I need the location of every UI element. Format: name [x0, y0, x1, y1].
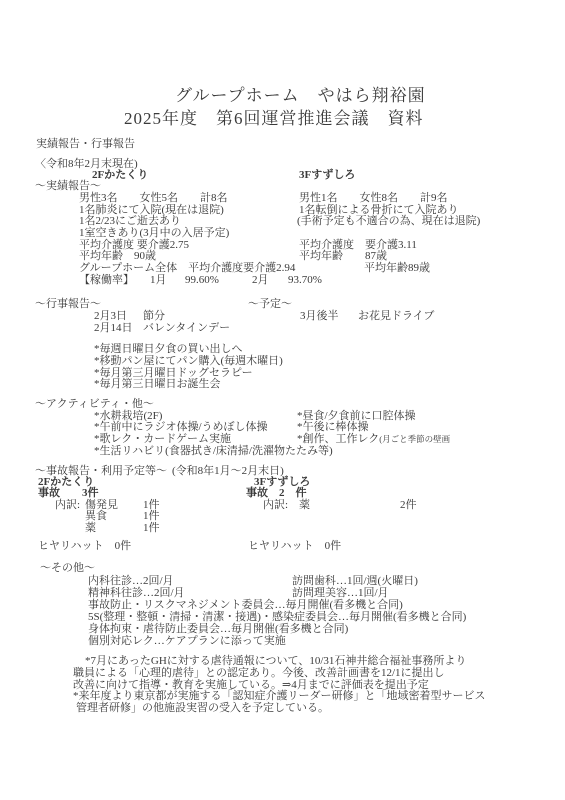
others-heading: 〜その他〜 — [40, 562, 95, 574]
activity-right-main: *創作、工作レク — [297, 433, 379, 445]
others-line: 事故防止・リスクマネジメント委員会…毎月開催(看多機と合同) — [88, 599, 403, 611]
unit-name-right: 3Fすずしろ — [299, 169, 355, 181]
doc-title-line2: 2025年度 第6回運営推進会議 資料 — [124, 109, 424, 128]
results-right-line: 平均年齢 87歳 — [299, 250, 387, 262]
results-right-line: 男性1名 女性8名 計9名 — [299, 192, 448, 204]
activities-heading: 〜アクティビティ・他〜 — [35, 398, 154, 410]
results-left-line: 1名2/23にご逝去あり — [79, 215, 181, 227]
occupancy-rate-1: 99.60% — [185, 274, 219, 286]
activity-right: *午後に棒体操 — [297, 421, 369, 433]
results-heading: 〜実績報告〜 — [35, 180, 101, 192]
breakdown-item-name: 薬 — [85, 522, 96, 534]
event-date: 2月14日 — [94, 322, 133, 334]
occupancy-month-1: 1月 — [150, 274, 167, 286]
activity-left: *午前中にラジオ体操/うめぼし体操 — [94, 421, 268, 433]
others-left: 内科往診…2回/月 — [88, 575, 174, 587]
hiyari-hatto-right: ヒヤリハット 0件 — [248, 540, 341, 552]
breakdown-label-left: 内訳: — [55, 499, 80, 511]
others-right: 訪問理美容…1回/月 — [292, 587, 389, 599]
activity-left: *歌レク・カードゲーム実施 — [94, 433, 231, 445]
others-right: 訪問歯科…1回/週(火曜日) — [292, 575, 418, 587]
bottom-note: *7月にあったGHに対する虐待通報について、10/31石神井総合福祉事務所より — [85, 655, 466, 667]
breakdown-count-right: 2件 — [400, 499, 417, 511]
results-left-line: 男性3名 女性5名 計8名 — [79, 192, 228, 204]
plan-date: 3月後半 — [300, 310, 339, 322]
breakdown-item-count: 1件 — [143, 522, 160, 534]
document-page: グループホーム やはら翔裕園 2025年度 第6回運営推進会議 資料 実績報告・… — [0, 0, 565, 800]
event-note: *毎月第三日曜日お誕生会 — [94, 378, 221, 390]
occupancy-month-2: 2月 — [252, 274, 269, 286]
events-heading: 〜行事報告〜 — [35, 298, 101, 310]
bottom-note: 職員による「心理的虐待」との認定あり。今後、改善計画書を12/1に提出し — [73, 667, 445, 679]
doc-title-line1: グループホーム やはら翔裕園 — [175, 86, 426, 105]
results-left-line: 1室空きあり(3月中の入居予定) — [79, 227, 229, 239]
others-line: 5S(整理・整頓・清掃・清潔・接遇)・感染症委員会…毎月開催(看多機と合同) — [88, 611, 466, 623]
event-name: 節分 — [143, 310, 165, 322]
results-overall-right: 平均年齢89歳 — [364, 262, 430, 274]
breakdown-item-count: 1件 — [143, 510, 160, 522]
occupancy-label: 【稼働率】 — [79, 274, 134, 286]
event-note: *移動パン屋にてパン購入(毎週木曜日) — [94, 355, 283, 367]
plan-name: お花見ドライブ — [358, 310, 434, 322]
results-left-line: 平均年齢 90歳 — [79, 250, 156, 262]
incidents-accident-right: 事故 2 件 — [246, 487, 307, 499]
incidents-accident-left: 事故 3件 — [38, 487, 99, 499]
event-note: *毎週日曜日夕食の買い出しへ — [94, 343, 243, 355]
report-heading: 実績報告・行事報告 — [36, 138, 135, 150]
activity-right: *創作、工作レク(月ごと季節の壁画 — [297, 433, 450, 445]
occupancy-rate-2: 93.70% — [288, 274, 322, 286]
breakdown-item-name: 異食 — [85, 510, 107, 522]
event-name: バレンタインデー — [143, 322, 230, 334]
others-left: 精神科往診…2回/月 — [88, 587, 185, 599]
results-right-line: (手術予定も不適合の為、現在は退院) — [297, 215, 480, 227]
hiyari-hatto-left: ヒヤリハット 0件 — [38, 540, 131, 552]
activity-left: *生活リハビリ(食器拭き/床清掃/洗濯物たたみ等) — [94, 445, 333, 457]
event-date: 2月3日 — [94, 310, 127, 322]
others-line: 個別対応レク…ケアプランに添って実施 — [88, 635, 286, 647]
breakdown-label-right: 内訳: 薬 — [263, 499, 310, 511]
bottom-note: 管理者研修」の他施設実習の受入を予定している。 — [76, 702, 329, 714]
results-overall-left: グループホーム全体 平均介護度要介護2.94 — [79, 262, 295, 274]
others-line: 身体拘束・虐待防止委員会…毎月開催(看多機と合同) — [88, 623, 348, 635]
plan-heading: 〜予定〜 — [248, 298, 292, 310]
activity-right-small-note: (月ごと季節の壁画 — [379, 434, 450, 444]
bottom-note: *来年度より東京都が実施する「認知症介護リーダー研修」と「地域密着型サービス — [73, 690, 486, 702]
